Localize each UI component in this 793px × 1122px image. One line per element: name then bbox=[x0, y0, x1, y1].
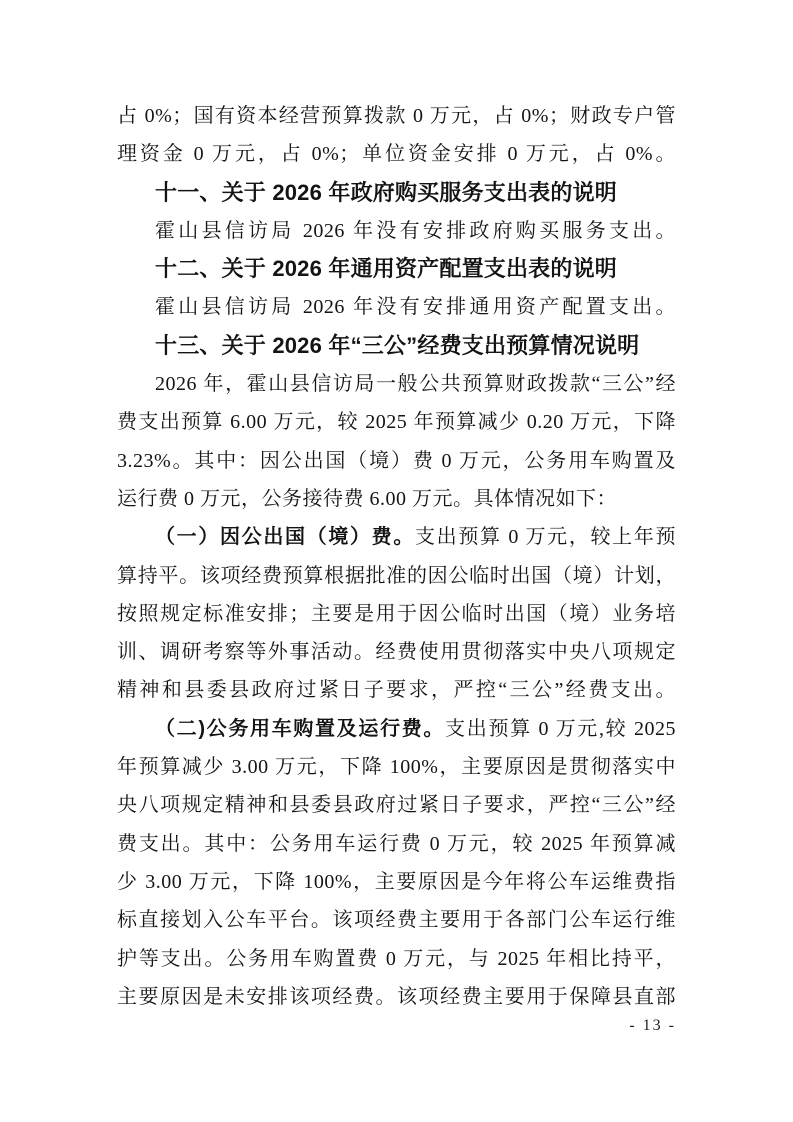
text-run: 训、调研考察等外事活动。经费使用贯彻落实中央八项规定 bbox=[117, 641, 676, 663]
text-run: 十二、关于 2026 年通用资产配置支出表的说明 bbox=[155, 256, 617, 281]
text-line: 2026 年，霍山县信访局一般公共预算财政拨款“三公”经 bbox=[117, 365, 676, 403]
text-line: 占 0%；国有资本经营预算拨款 0 万元，占 0%；财政专户管 bbox=[117, 97, 676, 135]
text-line: （二)公务用车购置及运行费。支出预算 0 万元,较 2025 bbox=[117, 710, 676, 748]
text-line: 霍山县信访局 2026 年没有安排政府购买服务支出。 bbox=[117, 212, 676, 250]
text-run: 标直接划入公车平台。该项经费主要用于各部门公车运行维 bbox=[117, 909, 676, 931]
document-body: 占 0%；国有资本经营预算拨款 0 万元，占 0%；财政专户管理资金 0 万元，… bbox=[117, 97, 676, 1016]
section-heading: 十二、关于 2026 年通用资产配置支出表的说明 bbox=[117, 250, 676, 288]
text-line: 精神和县委县政府过紧日子要求，严控“三公”经费支出。 bbox=[117, 671, 676, 709]
text-line: 央八项规定精神和县委县政府过紧日子要求，严控“三公”经 bbox=[117, 786, 676, 824]
text-run: 支出预算 0 万元，较上年预 bbox=[415, 526, 676, 548]
text-line: 训、调研考察等外事活动。经费使用贯彻落实中央八项规定 bbox=[117, 633, 676, 671]
text-run: 理资金 0 万元，占 0%；单位资金安排 0 万元，占 0%。 bbox=[117, 143, 676, 165]
text-run: 少 3.00 万元，下降 100%，主要原因是今年将公车运维费指 bbox=[117, 871, 676, 893]
text-line: 霍山县信访局 2026 年没有安排通用资产配置支出。 bbox=[117, 288, 676, 326]
section-heading: 十一、关于 2026 年政府购买服务支出表的说明 bbox=[117, 174, 676, 212]
text-line: 理资金 0 万元，占 0%；单位资金安排 0 万元，占 0%。 bbox=[117, 135, 676, 173]
text-run: 央八项规定精神和县委县政府过紧日子要求，严控“三公”经 bbox=[117, 794, 676, 816]
text-line: 按照规定标准安排；主要是用于因公临时出国（境）业务培 bbox=[117, 595, 676, 633]
bold-run: （一）因公出国（境）费。 bbox=[155, 526, 415, 548]
text-line: 标直接划入公车平台。该项经费主要用于各部门公车运行维 bbox=[117, 901, 676, 939]
bold-run: （二)公务用车购置及运行费。 bbox=[155, 718, 445, 740]
text-run: 霍山县信访局 2026 年没有安排政府购买服务支出。 bbox=[155, 220, 676, 242]
text-run: 费支出。其中：公务用车运行费 0 万元，较 2025 年预算减 bbox=[117, 833, 676, 855]
page-number: - 13 - bbox=[117, 1014, 676, 1038]
text-run: 霍山县信访局 2026 年没有安排通用资产配置支出。 bbox=[155, 296, 676, 318]
text-line: 年预算减少 3.00 万元，下降 100%，主要原因是贯彻落实中 bbox=[117, 748, 676, 786]
text-run: 精神和县委县政府过紧日子要求，严控“三公”经费支出。 bbox=[117, 679, 676, 701]
document-page: 占 0%；国有资本经营预算拨款 0 万元，占 0%；财政专户管理资金 0 万元，… bbox=[0, 0, 793, 1122]
text-line: 费支出预算 6.00 万元，较 2025 年预算减少 0.20 万元，下降 bbox=[117, 403, 676, 441]
text-run: 十三、关于 2026 年“三公”经费支出预算情况说明 bbox=[155, 333, 639, 358]
text-run: 运行费 0 万元，公务接待费 6.00 万元。具体情况如下： bbox=[117, 488, 617, 510]
section-heading: 十三、关于 2026 年“三公”经费支出预算情况说明 bbox=[117, 327, 676, 365]
text-run: 按照规定标准安排；主要是用于因公临时出国（境）业务培 bbox=[117, 603, 676, 625]
text-line: 费支出。其中：公务用车运行费 0 万元，较 2025 年预算减 bbox=[117, 825, 676, 863]
text-run: 主要原因是未安排该项经费。该项经费主要用于保障县直部 bbox=[117, 986, 676, 1008]
text-run: 支出预算 0 万元,较 2025 bbox=[445, 718, 676, 740]
text-line: 3.23%。其中：因公出国（境）费 0 万元，公务用车购置及 bbox=[117, 442, 676, 480]
text-run: 3.23%。其中：因公出国（境）费 0 万元，公务用车购置及 bbox=[117, 450, 676, 472]
text-line: 运行费 0 万元，公务接待费 6.00 万元。具体情况如下： bbox=[117, 480, 676, 518]
text-line: 算持平。该项经费预算根据批准的因公临时出国（境）计划， bbox=[117, 557, 676, 595]
text-run: 占 0%；国有资本经营预算拨款 0 万元，占 0%；财政专户管 bbox=[117, 105, 676, 127]
text-run: 年预算减少 3.00 万元，下降 100%，主要原因是贯彻落实中 bbox=[117, 756, 676, 778]
text-run: 算持平。该项经费预算根据批准的因公临时出国（境）计划， bbox=[117, 565, 676, 587]
text-run: 2026 年，霍山县信访局一般公共预算财政拨款“三公”经 bbox=[155, 373, 676, 395]
text-line: （一）因公出国（境）费。支出预算 0 万元，较上年预 bbox=[117, 518, 676, 556]
text-line: 主要原因是未安排该项经费。该项经费主要用于保障县直部 bbox=[117, 978, 676, 1016]
text-line: 护等支出。公务用车购置费 0 万元，与 2025 年相比持平， bbox=[117, 940, 676, 978]
text-run: 十一、关于 2026 年政府购买服务支出表的说明 bbox=[155, 180, 617, 205]
text-run: 护等支出。公务用车购置费 0 万元，与 2025 年相比持平， bbox=[117, 948, 676, 970]
text-line: 少 3.00 万元，下降 100%，主要原因是今年将公车运维费指 bbox=[117, 863, 676, 901]
text-run: 费支出预算 6.00 万元，较 2025 年预算减少 0.20 万元，下降 bbox=[117, 411, 676, 433]
